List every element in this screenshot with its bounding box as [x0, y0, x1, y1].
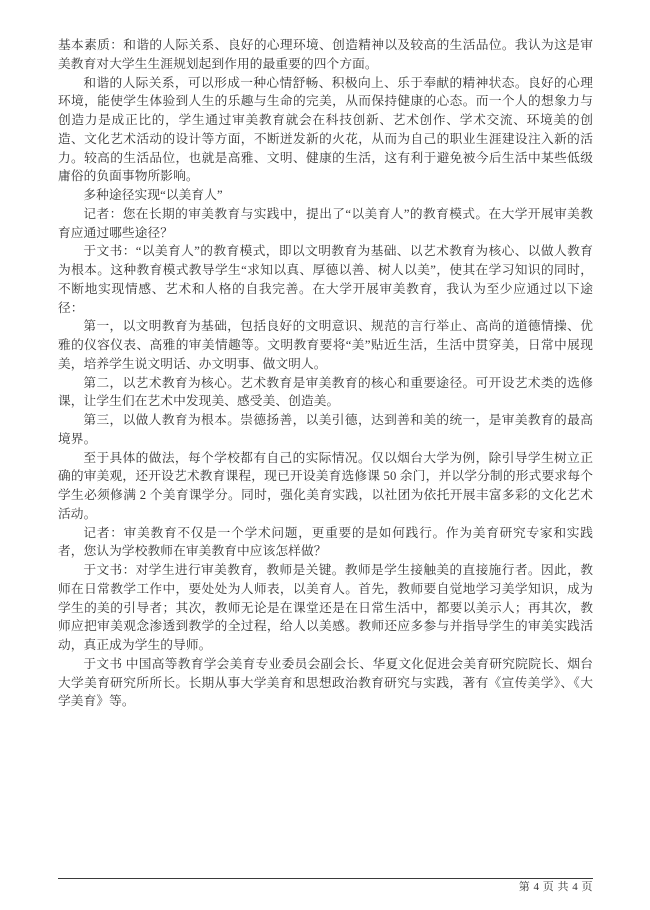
paragraph: 记者：审美教育不仅是一个学术问题，更重要的是如何践行。作为美育研究专家和实践者，…	[58, 524, 593, 562]
section-heading: 多种途径实现“以美育人”	[58, 186, 593, 205]
paragraph: 于文书：对学生进行审美教育，教师是关键。教师是学生接触美的直接施行者。因此，教师…	[58, 561, 593, 655]
paragraph: 至于具体的做法，每个学校都有自己的实际情况。仅以烟台大学为例，除引导学生树立正确…	[58, 449, 593, 524]
footer-divider	[58, 878, 593, 879]
paragraph: 基本素质：和谐的人际关系、良好的心理环境、创造精神以及较高的生活品位。我认为这是…	[58, 36, 593, 74]
document-body: 基本素质：和谐的人际关系、良好的心理环境、创造精神以及较高的生活品位。我认为这是…	[58, 36, 593, 711]
paragraph: 第一，以文明教育为基础，包括良好的文明意识、规范的言行举止、高尚的道德情操、优雅…	[58, 317, 593, 373]
paragraph: 第三，以做人教育为根本。崇德扬善，以美引德，达到善和美的统一，是审美教育的最高境…	[58, 411, 593, 449]
page-number: 第 4 页 共 4 页	[519, 881, 593, 894]
paragraph: 和谐的人际关系，可以形成一种心情舒畅、积极向上、乐于奉献的精神状态。良好的心理环…	[58, 74, 593, 187]
paragraph: 于文书：“以美育人”的教育模式，即以文明教育为基础、以艺术教育为核心、以做人教育…	[58, 242, 593, 317]
paragraph: 记者：您在长期的审美教育与实践中，提出了“以美育人”的教育模式。在大学开展审美教…	[58, 205, 593, 243]
paragraph: 第二，以艺术教育为核心。艺术教育是审美教育的核心和重要途径。可开设艺术类的选修课…	[58, 374, 593, 412]
document-page: { "page": { "background": "#ffffff", "te…	[0, 0, 650, 910]
paragraph: 于文书 中国高等教育学会美育专业委员会副会长、华夏文化促进会美育研究院院长、烟台…	[58, 655, 593, 711]
